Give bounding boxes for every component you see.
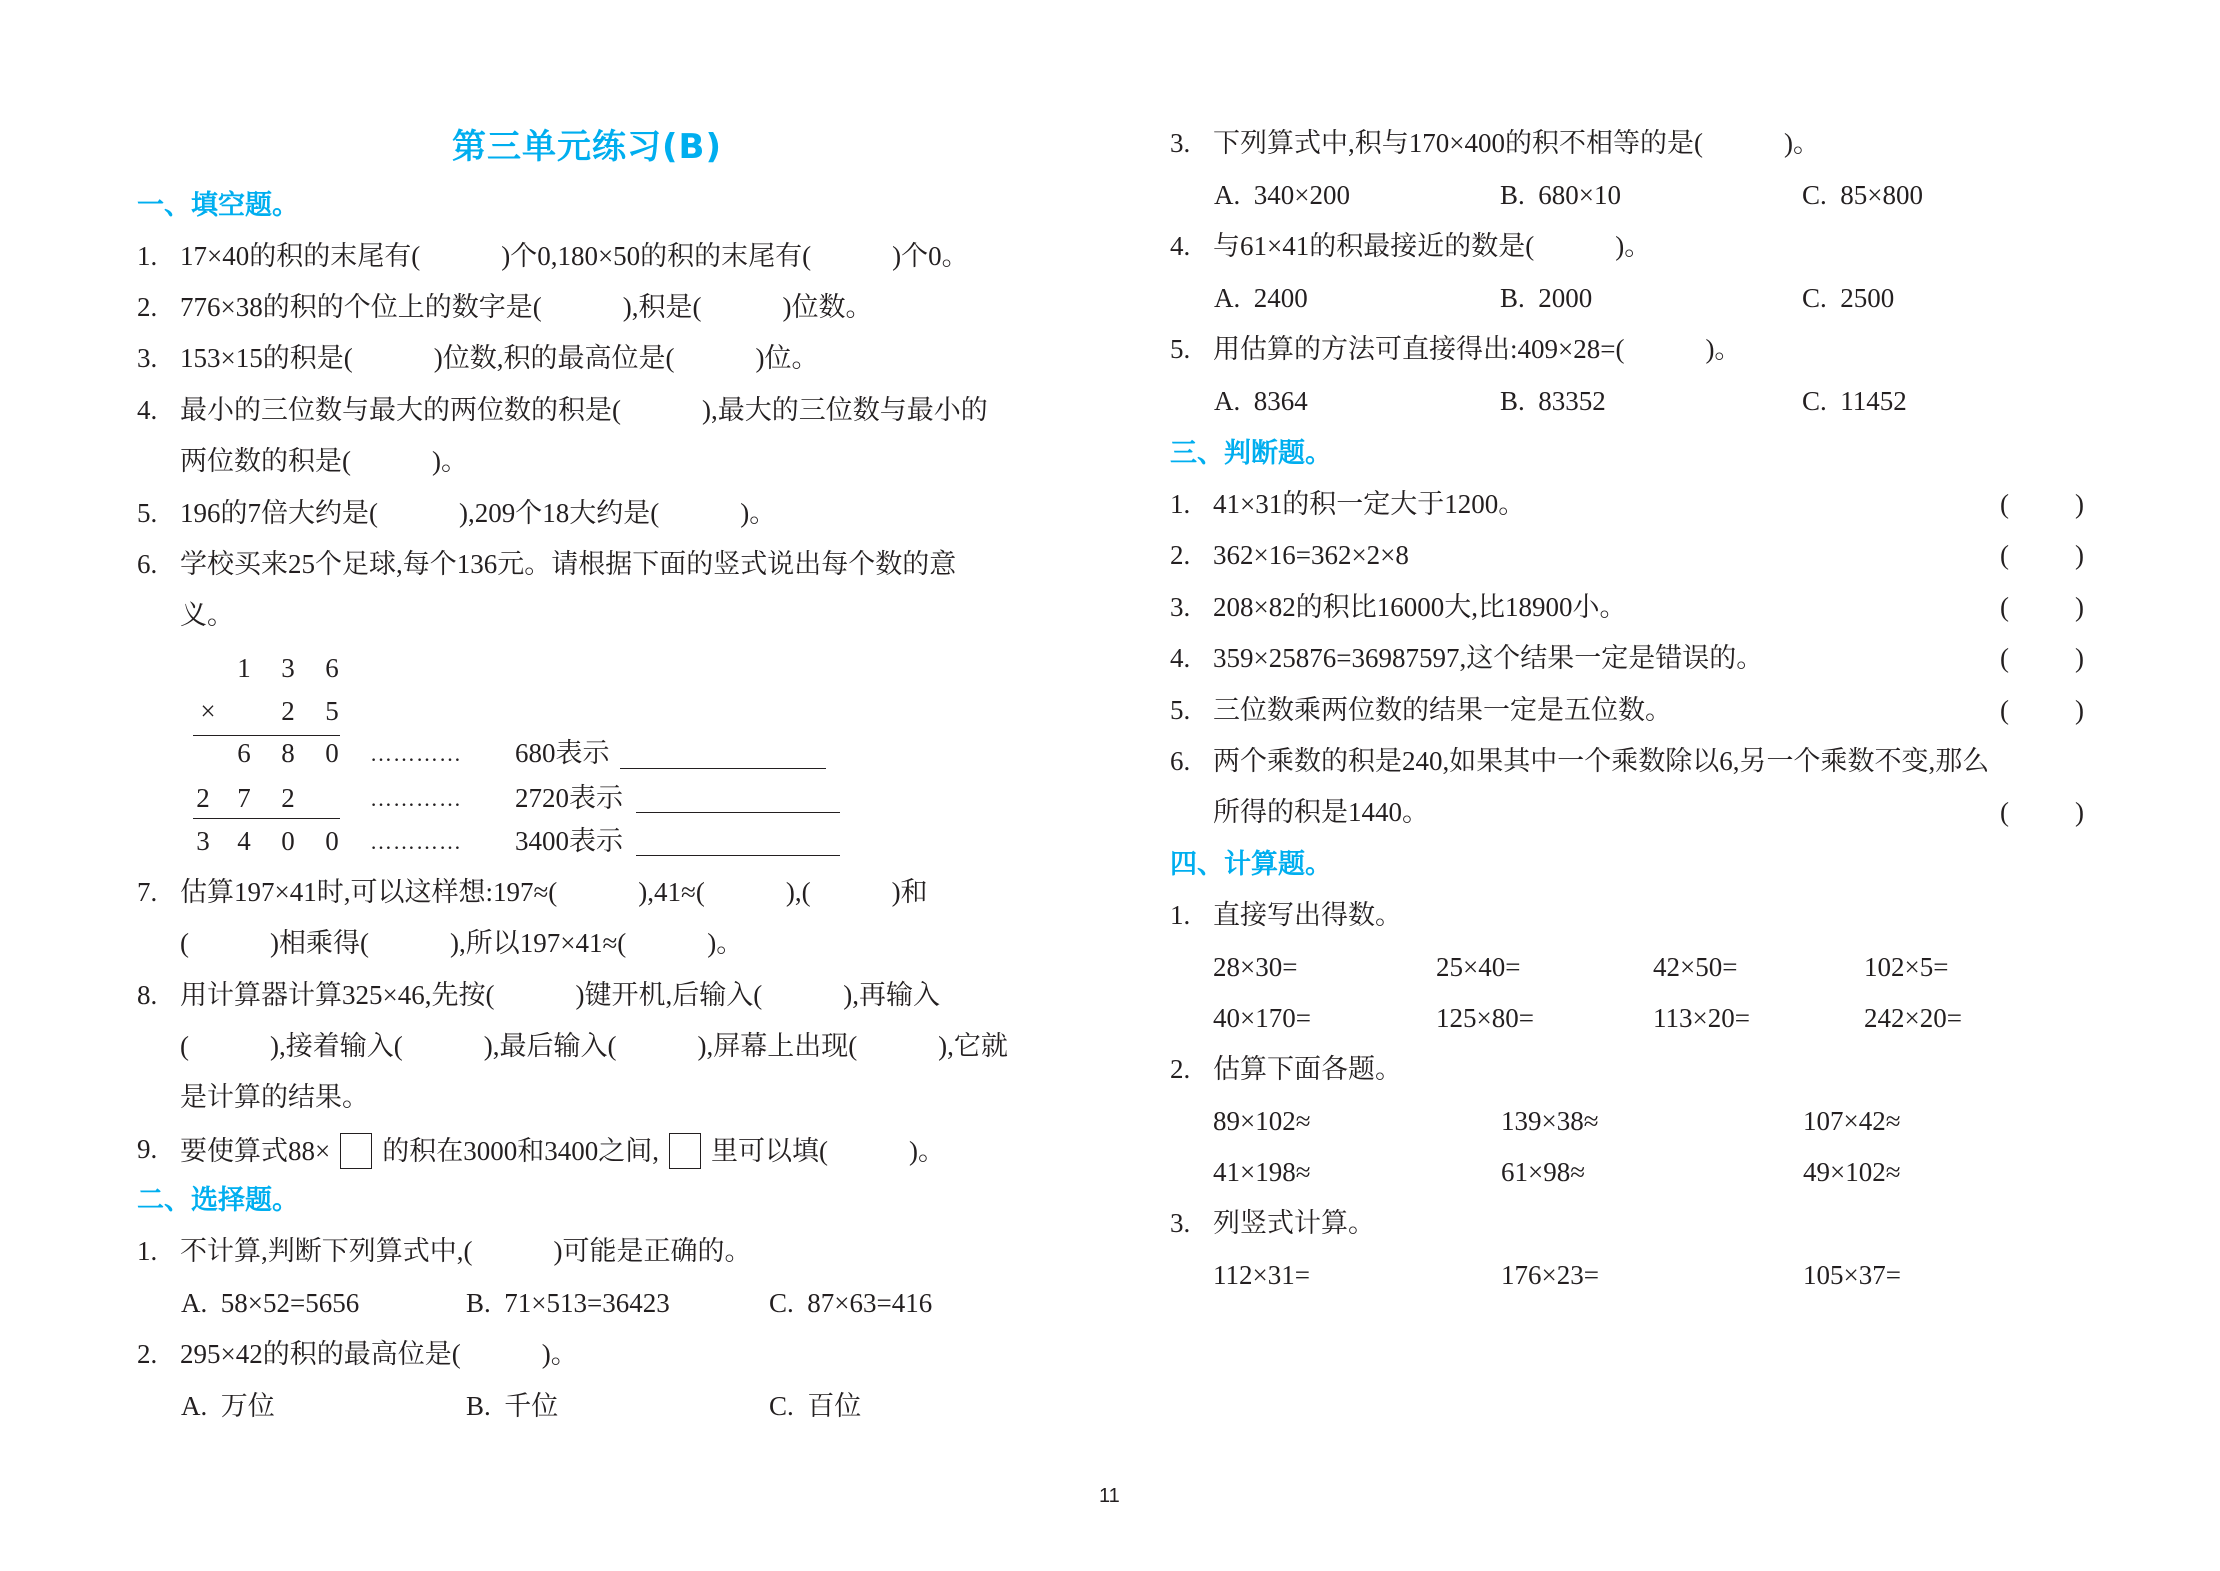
answer-blank-3400[interactable] bbox=[636, 855, 840, 856]
question-number: 1. bbox=[1170, 491, 1190, 518]
calc-digit: 0 bbox=[278, 828, 298, 855]
question-number: 3. bbox=[1170, 130, 1190, 157]
question-text-part: 的积在3000和3400之间, bbox=[382, 1136, 659, 1166]
answer-blank-2720[interactable] bbox=[636, 812, 840, 813]
option-b[interactable]: B. 2000 bbox=[1500, 285, 1592, 312]
question-number: 9. bbox=[137, 1136, 157, 1163]
calc-digit: 0 bbox=[322, 740, 342, 767]
option-c[interactable]: C. 87×63=416 bbox=[769, 1290, 932, 1317]
option-b[interactable]: B. 71×513=36423 bbox=[466, 1290, 670, 1317]
answer-box[interactable] bbox=[669, 1133, 701, 1169]
calc-digit: 3 bbox=[278, 655, 298, 682]
question-text-continued: 两位数的积是( )。 bbox=[180, 448, 468, 475]
vertical-calc-problem[interactable]: 176×23= bbox=[1501, 1262, 1599, 1289]
question-text: 下列算式中,积与170×400的积不相等的是( )。 bbox=[1213, 130, 1820, 157]
option-a[interactable]: A. 万位 bbox=[181, 1393, 275, 1420]
question-number: 8. bbox=[137, 982, 157, 1009]
question-number: 4. bbox=[137, 397, 157, 424]
estimate-problem[interactable]: 41×198≈ bbox=[1213, 1159, 1311, 1186]
option-a[interactable]: A. 8364 bbox=[1214, 388, 1308, 415]
option-text: 百位 bbox=[807, 1391, 861, 1421]
leader-dots: ………… bbox=[370, 788, 462, 810]
section-heading-multiple-choice: 二、选择题。 bbox=[137, 1187, 299, 1214]
option-label: B. bbox=[466, 1288, 491, 1318]
question-text: 学校买来25个足球,每个136元。请根据下面的竖式说出每个数的意 bbox=[180, 551, 956, 578]
vertical-calc-problem[interactable]: 105×37= bbox=[1803, 1262, 1901, 1289]
part-title: 直接写出得数。 bbox=[1213, 902, 1402, 929]
option-label: A. bbox=[1214, 386, 1240, 416]
option-label: A. bbox=[181, 1391, 207, 1421]
option-text: 11452 bbox=[1840, 386, 1907, 416]
question-text-continued: 义。 bbox=[180, 602, 234, 629]
calc-digit: 6 bbox=[234, 740, 254, 767]
calc-label-2720: 2720表示 bbox=[515, 785, 623, 812]
question-number: 5. bbox=[1170, 336, 1190, 363]
calc-problem[interactable]: 125×80= bbox=[1436, 1005, 1534, 1032]
paren-close: ) bbox=[2075, 643, 2084, 673]
question-text: 295×42的积的最高位是( )。 bbox=[180, 1341, 578, 1368]
option-text: 2400 bbox=[1254, 283, 1308, 313]
option-c[interactable]: C. 百位 bbox=[769, 1393, 861, 1420]
option-label: C. bbox=[769, 1391, 794, 1421]
calc-digit: 2 bbox=[278, 785, 298, 812]
question-text: 估算197×41时,可以这样想:197≈( ),41≈( ),( )和 bbox=[180, 879, 928, 906]
option-label: C. bbox=[769, 1288, 794, 1318]
question-number: 2. bbox=[1170, 1056, 1190, 1083]
question-text: 与61×41的积最接近的数是( )。 bbox=[1213, 233, 1651, 260]
leader-dots: ………… bbox=[370, 743, 462, 765]
question-number: 2. bbox=[137, 294, 157, 321]
option-label: C. bbox=[1802, 386, 1827, 416]
statement-text: 41×31的积一定大于1200。 bbox=[1213, 491, 1525, 518]
option-a[interactable]: A. 340×200 bbox=[1214, 182, 1350, 209]
calc-problem[interactable]: 40×170= bbox=[1213, 1005, 1311, 1032]
calc-digit: 6 bbox=[322, 655, 342, 682]
answer-paren[interactable]: () bbox=[2000, 697, 2084, 724]
statement-text-continued: 所得的积是1440。 bbox=[1213, 799, 1429, 826]
question-text: 196的7倍大约是( ),209个18大约是( )。 bbox=[180, 500, 776, 527]
option-text: 85×800 bbox=[1840, 180, 1923, 210]
calc-problem[interactable]: 42×50= bbox=[1653, 954, 1737, 981]
calc-digit: 3 bbox=[193, 828, 213, 855]
question-number: 3. bbox=[137, 345, 157, 372]
question-number: 1. bbox=[137, 1238, 157, 1265]
option-a[interactable]: A. 2400 bbox=[1214, 285, 1308, 312]
section-heading-fill-blank: 一、填空题。 bbox=[137, 192, 299, 219]
paren-close: ) bbox=[2075, 489, 2084, 519]
section-heading-calculation: 四、计算题。 bbox=[1170, 851, 1332, 878]
question-number: 3. bbox=[1170, 1210, 1190, 1237]
option-label: B. bbox=[1500, 180, 1525, 210]
option-text: 87×63=416 bbox=[807, 1288, 932, 1318]
estimate-problem[interactable]: 61×98≈ bbox=[1501, 1159, 1585, 1186]
question-number: 3. bbox=[1170, 594, 1190, 621]
calc-rule bbox=[193, 818, 340, 819]
multiply-sign: × bbox=[198, 698, 218, 725]
option-text: 万位 bbox=[221, 1391, 275, 1421]
calc-problem[interactable]: 25×40= bbox=[1436, 954, 1520, 981]
page-number: 11 bbox=[1099, 1486, 1120, 1506]
paren-open: ( bbox=[2000, 592, 2009, 622]
answer-paren[interactable]: () bbox=[2000, 799, 2084, 826]
question-text-part: 里可以填( )。 bbox=[711, 1136, 945, 1166]
calc-label-3400: 3400表示 bbox=[515, 828, 623, 855]
question-text: 用估算的方法可直接得出:409×28=( )。 bbox=[1213, 336, 1741, 363]
question-number: 4. bbox=[1170, 233, 1190, 260]
leader-dots: ………… bbox=[370, 831, 462, 853]
answer-paren[interactable]: () bbox=[2000, 491, 2084, 518]
question-number: 2. bbox=[1170, 542, 1190, 569]
question-number: 5. bbox=[1170, 697, 1190, 724]
option-text: 680×10 bbox=[1538, 180, 1621, 210]
calc-problem[interactable]: 28×30= bbox=[1213, 954, 1297, 981]
question-number: 7. bbox=[137, 879, 157, 906]
option-label: B. bbox=[466, 1391, 491, 1421]
estimate-problem[interactable]: 89×102≈ bbox=[1213, 1108, 1311, 1135]
question-text-continued: 是计算的结果。 bbox=[180, 1084, 369, 1111]
statement-text: 三位数乘两位数的结果一定是五位数。 bbox=[1213, 697, 1672, 724]
answer-paren[interactable]: () bbox=[2000, 594, 2084, 621]
answer-paren[interactable]: () bbox=[2000, 645, 2084, 672]
statement-text: 362×16=362×2×8 bbox=[1213, 542, 1409, 569]
question-text: 要使算式88×的积在3000和3400之间,里可以填( )。 bbox=[180, 1136, 945, 1172]
paren-open: ( bbox=[2000, 797, 2009, 827]
option-text: 58×52=5656 bbox=[221, 1288, 359, 1318]
option-text: 340×200 bbox=[1254, 180, 1350, 210]
option-a[interactable]: A. 58×52=5656 bbox=[181, 1290, 359, 1317]
paren-close: ) bbox=[2075, 695, 2084, 725]
page-title: 第三单元练习(B) bbox=[452, 130, 722, 164]
question-text-continued: ( )相乘得( ),所以197×41≈( )。 bbox=[180, 930, 743, 957]
option-text: 71×513=36423 bbox=[504, 1288, 669, 1318]
part-title: 列竖式计算。 bbox=[1213, 1210, 1375, 1237]
option-label: C. bbox=[1802, 283, 1827, 313]
option-b[interactable]: B. 83352 bbox=[1500, 388, 1606, 415]
calc-problem[interactable]: 102×5= bbox=[1864, 954, 1948, 981]
question-text: 17×40的积的末尾有( )个0,180×50的积的末尾有( )个0。 bbox=[180, 243, 969, 270]
calc-problem[interactable]: 242×20= bbox=[1864, 1005, 1962, 1032]
vertical-calc-problem[interactable]: 112×31= bbox=[1213, 1262, 1310, 1289]
paren-close: ) bbox=[2075, 540, 2084, 570]
question-text-continued: ( ),接着输入( ),最后输入( ),屏幕上出现( ),它就 bbox=[180, 1033, 1008, 1060]
question-number: 5. bbox=[137, 500, 157, 527]
question-number: 4. bbox=[1170, 645, 1190, 672]
calc-label-680: 680表示 bbox=[515, 740, 610, 767]
option-b[interactable]: B. 680×10 bbox=[1500, 182, 1621, 209]
option-label: A. bbox=[1214, 283, 1240, 313]
calc-digit: 8 bbox=[278, 740, 298, 767]
paren-close: ) bbox=[2075, 592, 2084, 622]
option-c[interactable]: C. 85×800 bbox=[1802, 182, 1923, 209]
option-label: B. bbox=[1500, 386, 1525, 416]
question-text: 最小的三位数与最大的两位数的积是( ),最大的三位数与最小的 bbox=[180, 397, 988, 424]
calc-digit: 0 bbox=[322, 828, 342, 855]
answer-box[interactable] bbox=[340, 1133, 372, 1169]
question-number: 6. bbox=[137, 551, 157, 578]
calc-digit: 2 bbox=[193, 785, 213, 812]
estimate-problem[interactable]: 49×102≈ bbox=[1803, 1159, 1901, 1186]
option-text: 千位 bbox=[504, 1391, 558, 1421]
option-c[interactable]: C. 11452 bbox=[1802, 388, 1907, 415]
paren-open: ( bbox=[2000, 695, 2009, 725]
option-label: C. bbox=[1802, 180, 1827, 210]
paren-open: ( bbox=[2000, 489, 2009, 519]
section-heading-true-false: 三、判断题。 bbox=[1170, 440, 1332, 467]
question-text: 不计算,判断下列算式中,( )可能是正确的。 bbox=[180, 1238, 751, 1265]
option-b[interactable]: B. 千位 bbox=[466, 1393, 558, 1420]
answer-paren[interactable]: () bbox=[2000, 542, 2084, 569]
option-text: 2500 bbox=[1840, 283, 1894, 313]
question-text-part: 要使算式88× bbox=[180, 1136, 330, 1166]
statement-text: 359×25876=36987597,这个结果一定是错误的。 bbox=[1213, 645, 1763, 672]
option-text: 83352 bbox=[1538, 386, 1606, 416]
option-label: A. bbox=[181, 1288, 207, 1318]
calc-problem[interactable]: 113×20= bbox=[1653, 1005, 1750, 1032]
answer-blank-680[interactable] bbox=[620, 768, 826, 769]
calc-digit: 2 bbox=[278, 698, 298, 725]
calc-digit: 4 bbox=[234, 828, 254, 855]
estimate-problem[interactable]: 107×42≈ bbox=[1803, 1108, 1901, 1135]
option-label: A. bbox=[1214, 180, 1240, 210]
option-c[interactable]: C. 2500 bbox=[1802, 285, 1894, 312]
calc-digit: 1 bbox=[234, 655, 254, 682]
question-text: 153×15的积是( )位数,积的最高位是( )位。 bbox=[180, 345, 818, 372]
calc-digit: 5 bbox=[322, 698, 342, 725]
part-title: 估算下面各题。 bbox=[1213, 1056, 1402, 1083]
estimate-problem[interactable]: 139×38≈ bbox=[1501, 1108, 1599, 1135]
option-text: 8364 bbox=[1254, 386, 1308, 416]
paren-open: ( bbox=[2000, 540, 2009, 570]
calc-rule bbox=[193, 735, 340, 736]
paren-open: ( bbox=[2000, 643, 2009, 673]
question-number: 2. bbox=[137, 1341, 157, 1368]
calc-digit: 7 bbox=[234, 785, 254, 812]
paren-close: ) bbox=[2075, 797, 2084, 827]
question-text: 用计算器计算325×46,先按( )键开机,后输入( ),再输入 bbox=[180, 982, 940, 1009]
question-number: 1. bbox=[1170, 902, 1190, 929]
option-text: 2000 bbox=[1538, 283, 1592, 313]
statement-text: 208×82的积比16000大,比18900小。 bbox=[1213, 594, 1626, 621]
question-number: 6. bbox=[1170, 748, 1190, 775]
option-label: B. bbox=[1500, 283, 1525, 313]
question-text: 776×38的积的个位上的数字是( ),积是( )位数。 bbox=[180, 294, 872, 321]
question-number: 1. bbox=[137, 243, 157, 270]
statement-text: 两个乘数的积是240,如果其中一个乘数除以6,另一个乘数不变,那么 bbox=[1213, 748, 1989, 775]
